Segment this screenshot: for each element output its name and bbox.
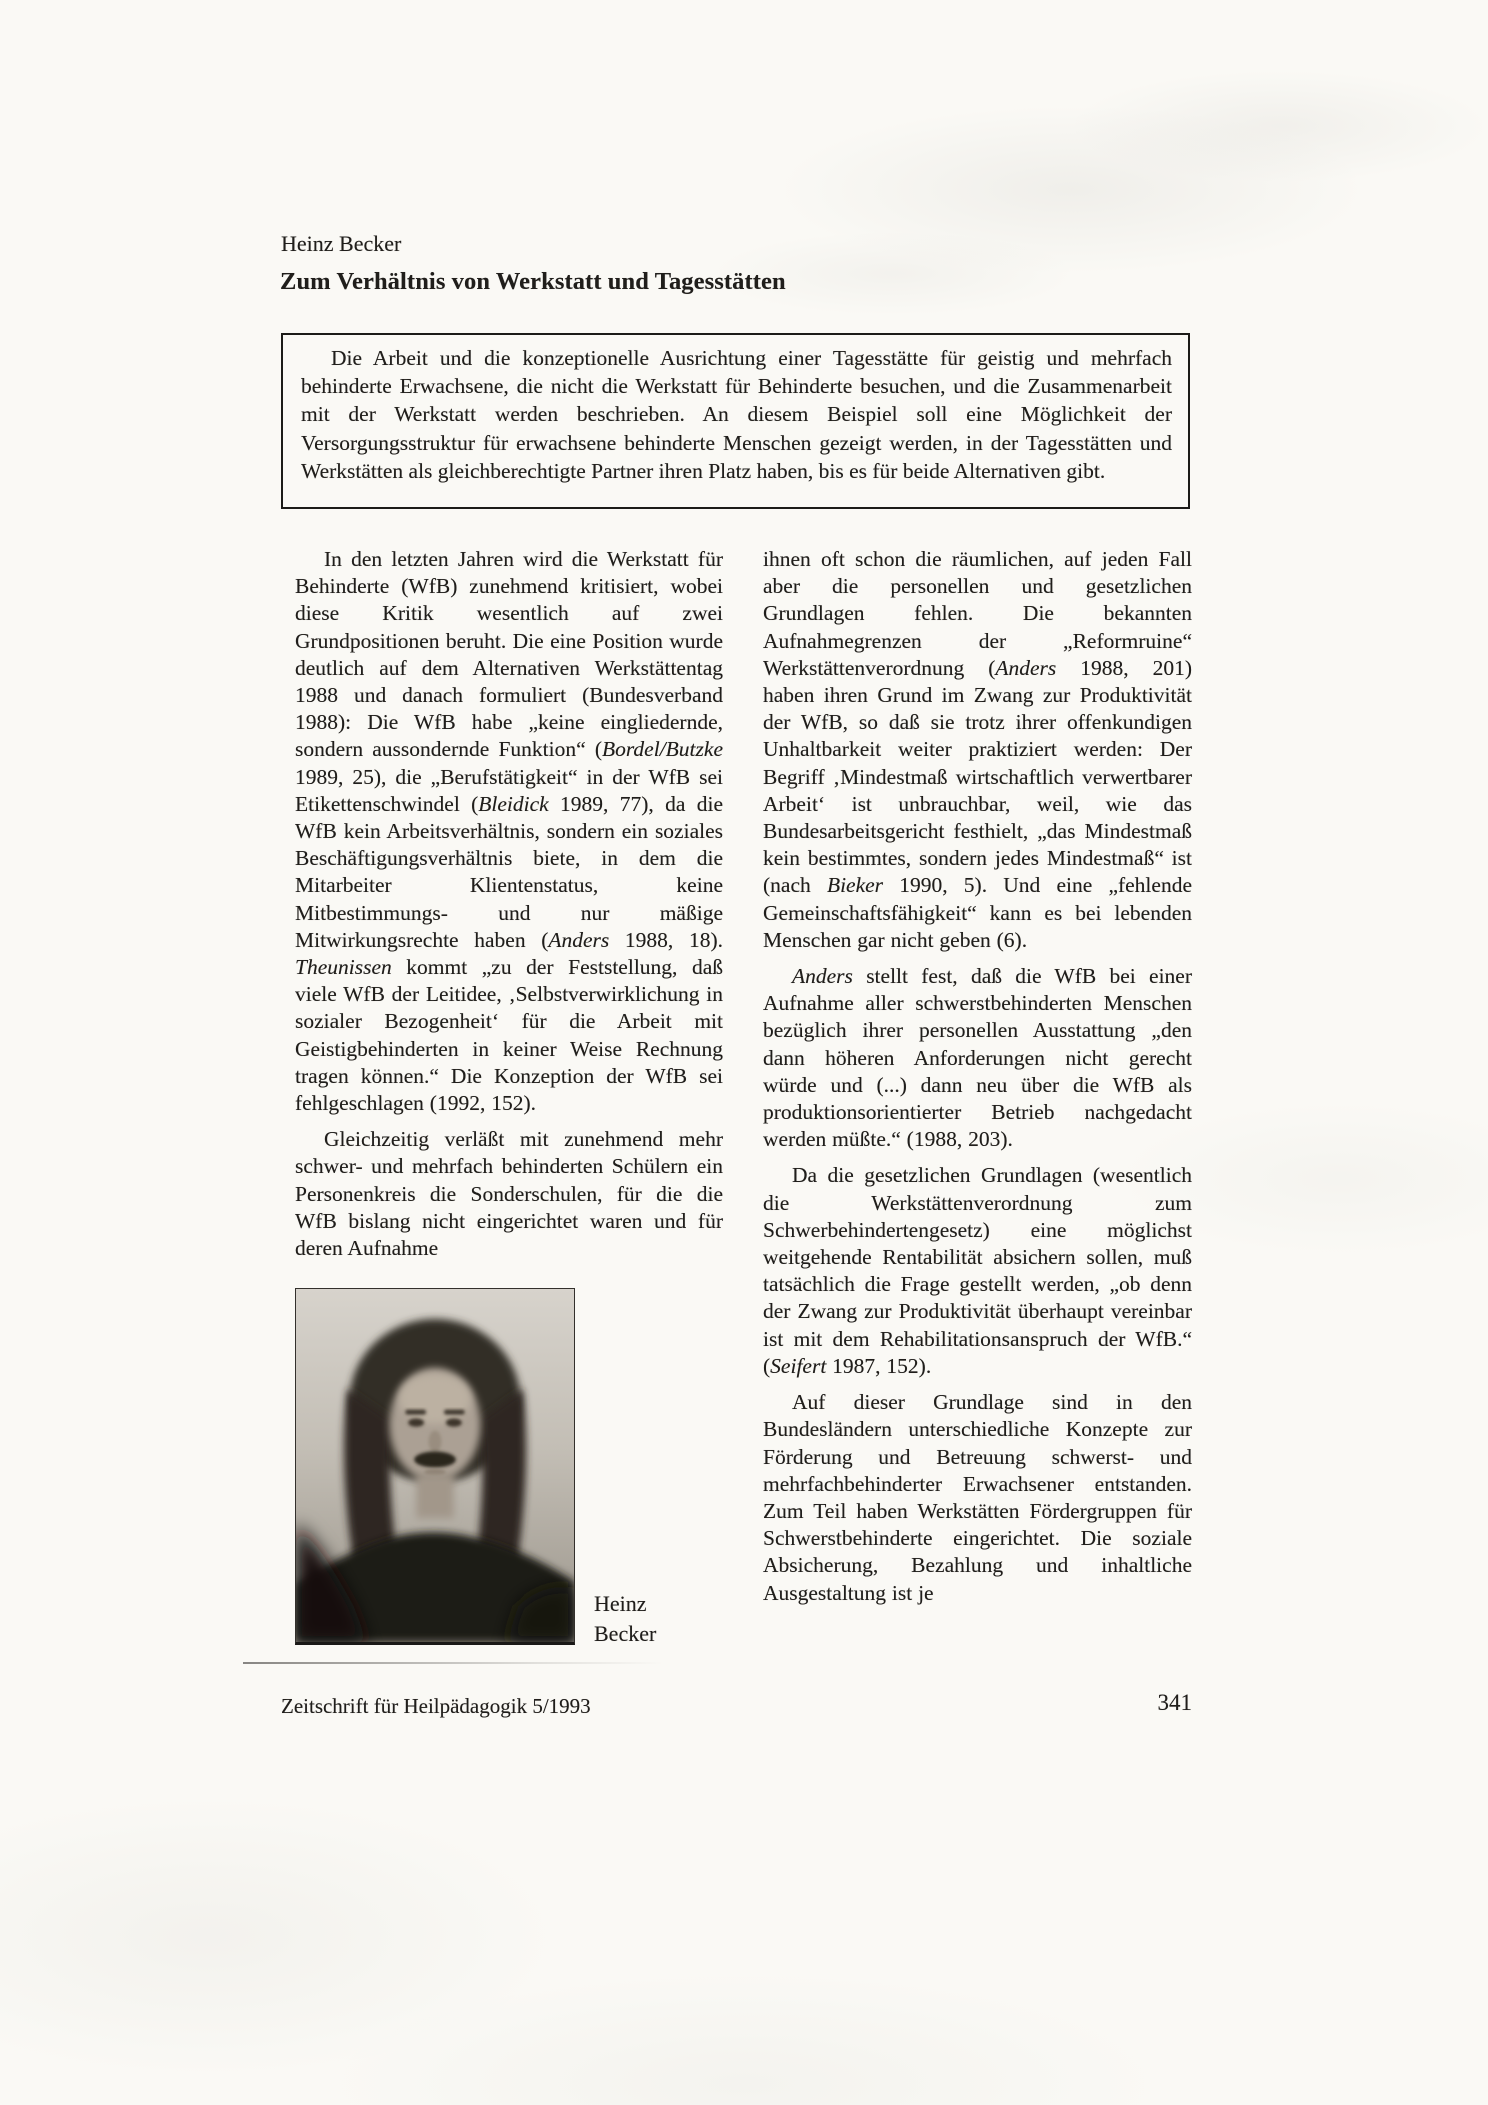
- italic-citation: Bordel/Butzke: [602, 737, 723, 761]
- paragraph: In den letzten Jahren wird die Werkstatt…: [295, 546, 723, 1117]
- italic-citation: Bleidick: [478, 792, 548, 816]
- italic-citation: Seifert: [770, 1354, 826, 1378]
- text-run: Gleichzeitig verläßt mit zunehmend mehr …: [295, 1127, 723, 1260]
- text-run: 1987, 152).: [826, 1354, 931, 1378]
- photo-caption-line2: Becker: [594, 1619, 656, 1649]
- journal-page-scan: Heinz Becker Zum Verhältnis von Werkstat…: [0, 0, 1488, 2105]
- paragraph: Gleichzeitig verläßt mit zunehmend mehr …: [295, 1126, 723, 1262]
- text-run: Auf dieser Grundlage sind in den Bundesl…: [763, 1390, 1192, 1604]
- text-run: Da die gesetzlichen Grundlagen (wesentli…: [763, 1163, 1192, 1377]
- italic-citation: Bieker: [827, 873, 883, 897]
- right-column-paragraphs: ihnen oft schon die räumlichen, auf jede…: [763, 546, 1192, 1607]
- text-run: In den letzten Jahren wird die Werkstatt…: [295, 547, 723, 761]
- paragraph: Auf dieser Grundlage sind in den Bundesl…: [763, 1389, 1192, 1607]
- article-title: Zum Verhältnis von Werkstatt und Tagesst…: [280, 268, 786, 296]
- left-column: In den letzten Jahren wird die Werkstatt…: [295, 546, 723, 1645]
- text-run: 1988, 201) haben ihren Grund im Zwang zu…: [763, 656, 1192, 898]
- portrait-photo: [295, 1288, 575, 1645]
- paragraph: ihnen oft schon die räumlichen, auf jede…: [763, 546, 1192, 954]
- italic-citation: Theunissen: [295, 955, 392, 979]
- text-run: 1988, 18).: [609, 928, 723, 952]
- paragraph: Da die gesetzlichen Grundlagen (wesentli…: [763, 1162, 1192, 1380]
- photo-row: Heinz Becker: [295, 1288, 723, 1645]
- italic-citation: Anders: [792, 964, 853, 988]
- italic-citation: Anders: [548, 928, 609, 952]
- right-column: ihnen oft schon die räumlichen, auf jede…: [763, 546, 1192, 1645]
- scan-artifact-line: [243, 1662, 663, 1664]
- paragraph: Anders stellt fest, daß die WfB bei eine…: [763, 963, 1192, 1153]
- author-name: Heinz Becker: [281, 231, 401, 257]
- footer-page-number: 341: [1158, 1690, 1193, 1716]
- footer-journal-title: Zeitschrift für Heilpädagogik 5/1993: [281, 1694, 591, 1719]
- left-column-paragraphs: In den letzten Jahren wird die Werkstatt…: [295, 546, 723, 1262]
- text-run: kommt „zu der Feststellung, daß viele Wf…: [295, 955, 723, 1115]
- text-run: stellt fest, daß die WfB bei einer Aufna…: [763, 964, 1192, 1151]
- photo-caption-line1: Heinz: [594, 1589, 656, 1619]
- article-body: In den letzten Jahren wird die Werkstatt…: [295, 546, 1192, 1645]
- portrait-photo-graphic: [296, 1289, 574, 1642]
- italic-citation: Anders: [995, 656, 1056, 680]
- photo-caption: Heinz Becker: [594, 1589, 656, 1649]
- abstract-box: Die Arbeit und die konzeptionelle Ausric…: [281, 333, 1190, 509]
